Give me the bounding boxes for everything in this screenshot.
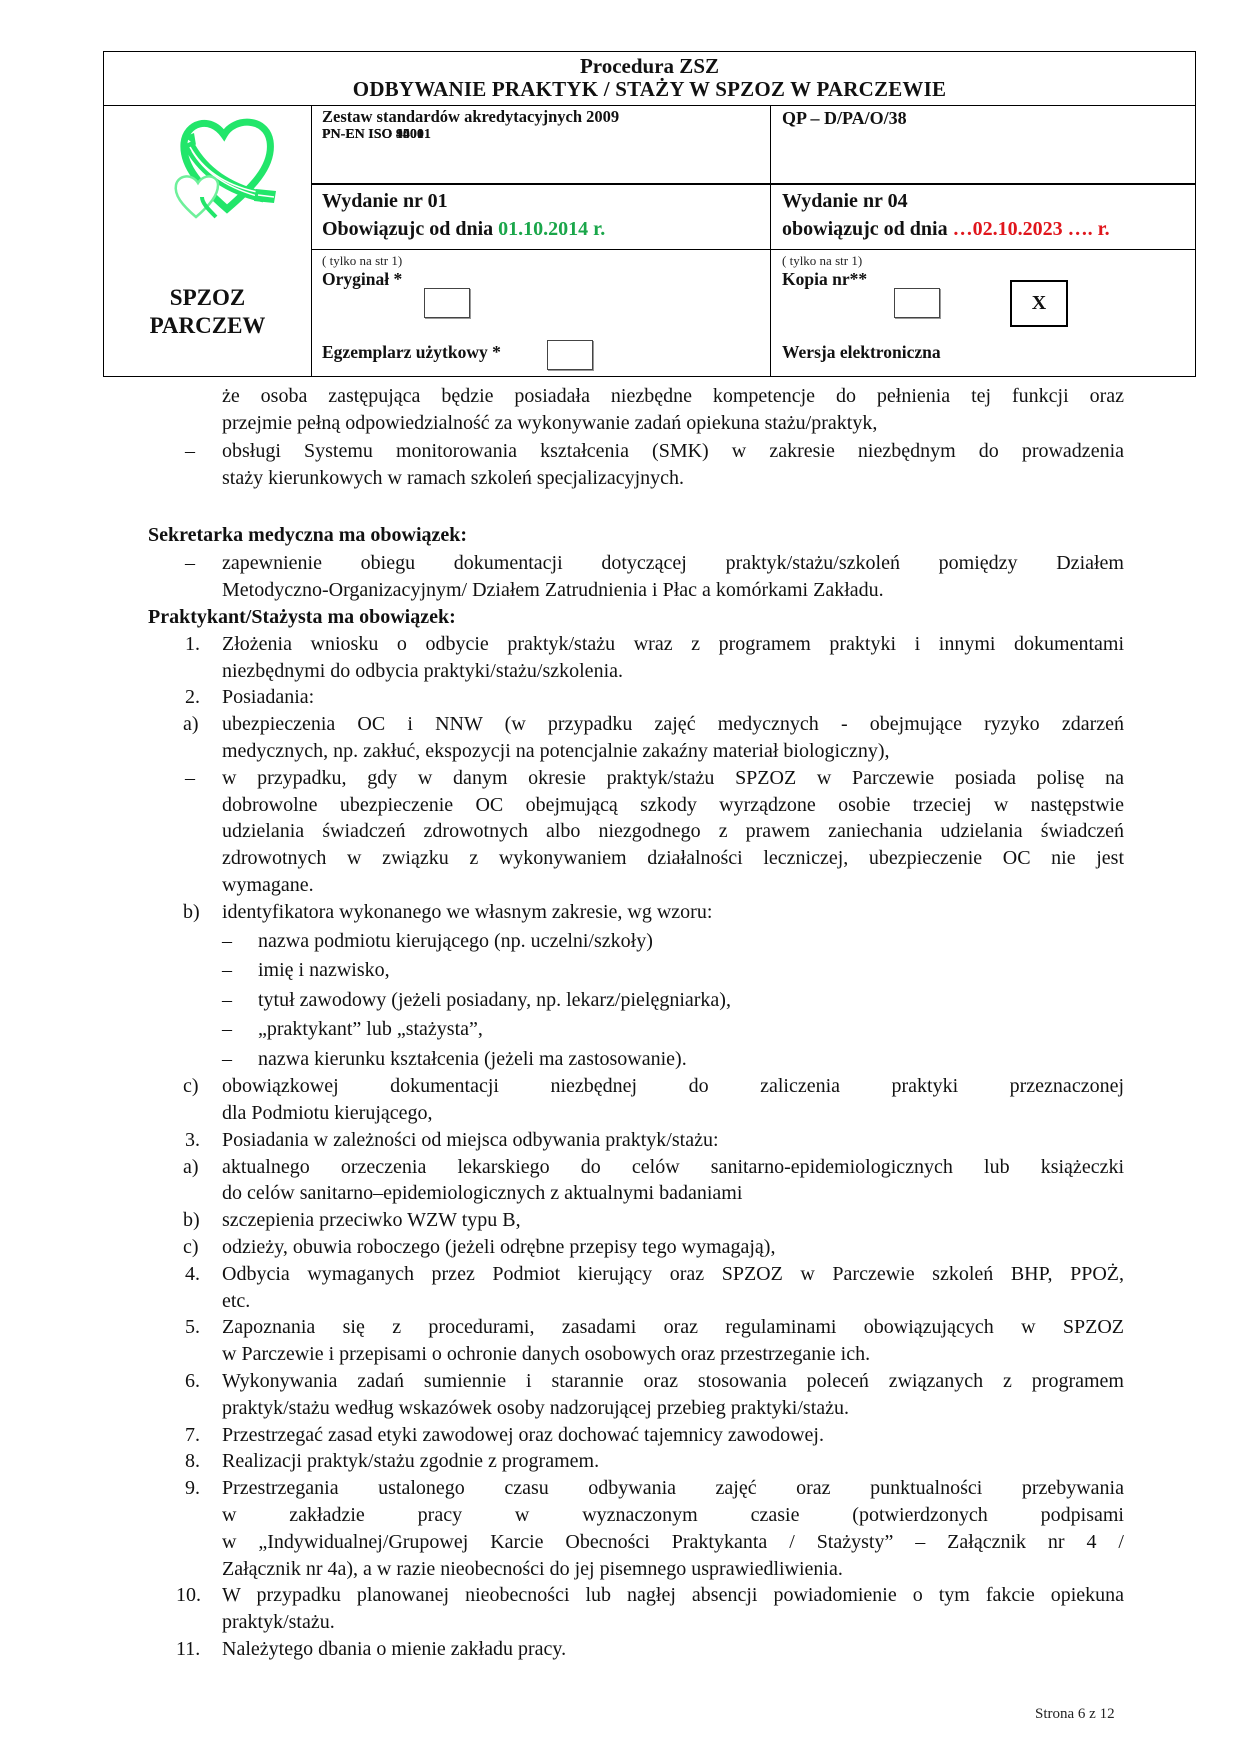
list-item-line: staży kierunkowych w ramach szkoleń spec… [222, 467, 684, 490]
original-label: Oryginał * [322, 268, 770, 290]
list-item-line: dobrowolne ubezpieczenie OC obejmującą s… [222, 794, 1124, 817]
list-marker: 7. [185, 1424, 200, 1447]
sub-list-item: tytuł zawodowy (jeżeli posiadany, np. le… [258, 989, 731, 1012]
dash-bullet: – [185, 440, 195, 463]
standards-cell: Zestaw standardów akredytacyjnych 2009 P… [311, 105, 771, 185]
list-marker: 3. [185, 1129, 200, 1152]
first-edition-label: Wydanie nr 01 [322, 185, 770, 214]
usage-copy-label: Egzemplarz użytkowy * [322, 341, 501, 363]
dash-bullet: – [222, 989, 232, 1012]
current-edition-date: …02.10.2023 …. r. [953, 218, 1110, 240]
copy-number-checkbox[interactable] [894, 288, 940, 318]
first-edition-validity: Obowiązujc od dnia 01.10.2014 r. [322, 214, 770, 244]
dash-bullet: – [185, 552, 195, 575]
organization-cell: SPZOZ PARCZEW [104, 105, 312, 376]
sub-list-item: „praktykant” lub „stażysta”, [258, 1018, 483, 1041]
list-marker: 5. [185, 1316, 200, 1339]
list-item-line: praktyk/stażu. [222, 1611, 335, 1634]
list-marker: 10. [176, 1584, 201, 1607]
list-marker: c) [183, 1075, 199, 1098]
list-item-line: Przestrzegać zasad etyki zawodowej oraz … [222, 1424, 824, 1447]
dash-bullet: – [222, 930, 232, 953]
paragraph-line: że osoba zastępująca będzie posiadała ni… [222, 385, 1124, 408]
list-item-line: obsługi Systemu monitorowania kształceni… [222, 440, 1124, 463]
organization-name: SPZOZ PARCZEW [104, 284, 311, 340]
copy-cell: ( tylko na str 1) Kopia nr** Wersja elek… [771, 250, 1195, 376]
original-checkbox[interactable] [424, 288, 470, 318]
current-edition-label: Wydanie nr 04 [782, 185, 1195, 214]
first-edition-date: 01.10.2014 r. [498, 218, 605, 240]
list-item-line: praktyk/stażu według wskazówek osoby nad… [222, 1397, 849, 1420]
copy-note: ( tylko na str 1) [782, 250, 1195, 268]
procedure-name: ODBYWANIE PRAKTYK / STAŻY W SPZOZ W PARC… [104, 77, 1195, 101]
org-line-2: PARCZEW [104, 312, 311, 340]
list-item-line: w zakładzie pracy w wyznaczonym czasie (… [222, 1504, 1124, 1527]
list-marker: 4. [185, 1263, 200, 1286]
list-marker: 2. [185, 686, 200, 709]
list-item-line: Metodyczno-Organizacyjnym/ Działem Zatru… [222, 579, 884, 602]
section-heading: Sekretarka medyczna ma obowiązek: [148, 524, 467, 547]
list-item-line: w „Indywidualnej/Grupowej Karcie Obecnoś… [222, 1531, 1124, 1554]
list-item-line: Załącznik nr 4a), a w razie nieobecności… [222, 1558, 843, 1581]
list-item-line: aktualnego orzeczenia lekarskiego do cel… [222, 1156, 1124, 1179]
list-item-line: Należytego dbania o mienie zakładu pracy… [222, 1638, 566, 1661]
list-item-line: medycznych, np. zakłuć, ekspozycji na po… [222, 740, 890, 763]
list-item-line: W przypadku planowanej nieobecności lub … [222, 1584, 1124, 1607]
procedure-type: Procedura ZSZ [104, 52, 1195, 77]
first-edition-cell: Wydanie nr 01 Obowiązujc od dnia 01.10.2… [311, 185, 771, 250]
iso-45001: PN-EN ISO 45001 [322, 126, 431, 144]
sub-list-item: nazwa podmiotu kierującego (np. uczelni/… [258, 930, 653, 953]
paragraph-line: przejmie pełną odpowiedzialność za wykon… [222, 412, 877, 435]
list-item-line: zdrowotnych w związku z wykonywaniem dzi… [222, 847, 1124, 870]
list-marker: a) [183, 1156, 199, 1179]
list-marker: 9. [185, 1477, 200, 1500]
list-item-line: Posiadania: [222, 686, 314, 709]
current-edition-cell: Wydanie nr 04 obowiązujc od dnia …02.10.… [771, 185, 1195, 250]
list-marker: 8. [185, 1450, 200, 1473]
list-item-line: dla Podmiotu kierującego, [222, 1102, 433, 1125]
list-marker: c) [183, 1236, 199, 1259]
dash-bullet: – [222, 959, 232, 982]
document-header-table: Procedura ZSZ ODBYWANIE PRAKTYK / STAŻY … [103, 51, 1196, 377]
original-note: ( tylko na str 1) [322, 250, 770, 268]
list-marker: 1. [185, 633, 200, 656]
usage-copy-checkbox[interactable] [547, 340, 593, 370]
validity-label: obowiązujc od dnia [782, 218, 953, 240]
list-item-line: w Parczewie i przepisami o ochronie dany… [222, 1343, 870, 1366]
list-marker: b) [183, 1209, 200, 1232]
section-heading: Praktykant/Stażysta ma obowiązek: [148, 606, 456, 629]
list-marker: – [185, 767, 195, 790]
list-marker: 11. [176, 1638, 200, 1661]
list-item-line: Zapoznania się z procedurami, zasadami o… [222, 1316, 1124, 1339]
copy-number-label: Kopia nr** [782, 268, 1195, 290]
list-item-line: ubezpieczenia OC i NNW (w przypadku zaję… [222, 713, 1124, 736]
validity-label: Obowiązujc od dnia [322, 218, 498, 240]
list-item-line: niezbędnymi do odbycia praktyki/stażu/sz… [222, 660, 623, 683]
list-item-line: Złożenia wniosku o odbycie praktyk/stażu… [222, 633, 1124, 656]
org-line-1: SPZOZ [104, 284, 311, 312]
dash-bullet: – [222, 1048, 232, 1071]
standards-set: Zestaw standardów akredytacyjnych 2009 [322, 105, 770, 126]
procedure-title: Procedura ZSZ ODBYWANIE PRAKTYK / STAŻY … [104, 52, 1195, 106]
list-item-line: zapewnienie obiegu dokumentacji dotycząc… [222, 552, 1124, 575]
list-item-line: szczepienia przeciwko WZW typu B, [222, 1209, 521, 1232]
list-item-line: Posiadania w zależności od miejsca odbyw… [222, 1129, 719, 1152]
original-cell: ( tylko na str 1) Oryginał * Egzemplarz … [311, 250, 771, 376]
document-code: QP – D/PA/O/38 [771, 105, 1195, 185]
sub-list-item: imię i nazwisko, [258, 959, 390, 982]
list-marker: 6. [185, 1370, 200, 1393]
dash-bullet: – [222, 1018, 232, 1041]
list-marker: b) [183, 901, 200, 924]
list-item-line: identyfikatora wykonanego we własnym zak… [222, 901, 712, 924]
list-item-line: do celów sanitarno–epidemiologicznych z … [222, 1182, 742, 1205]
list-item-line: wymagane. [222, 874, 314, 897]
list-marker: a) [183, 713, 199, 736]
list-item-line: Przestrzegania ustalonego czasu odbywani… [222, 1477, 1124, 1500]
current-edition-validity: obowiązujc od dnia …02.10.2023 …. r. [782, 214, 1195, 244]
hearts-logo-icon [172, 109, 282, 219]
list-item-line: obowiązkowej dokumentacji niezbędnej do … [222, 1075, 1124, 1098]
list-item-line: etc. [222, 1290, 250, 1313]
list-item-line: Realizacji praktyk/stażu zgodnie z progr… [222, 1450, 599, 1473]
list-item-line: Wykonywania zadań sumiennie i starannie … [222, 1370, 1124, 1393]
sub-list-item: nazwa kierunku kształcenia (jeżeli ma za… [258, 1048, 687, 1071]
list-item-line: w przypadku, gdy w danym okresie praktyk… [222, 767, 1124, 790]
list-item-line: udzielania świadczeń zdrowotnych albo ni… [222, 820, 1124, 843]
list-item-line: Odbycia wymaganych przez Podmiot kierują… [222, 1263, 1124, 1286]
electronic-version-label: Wersja elektroniczna [782, 341, 941, 363]
page-number: Strona 6 z 12 [1035, 1706, 1115, 1723]
electronic-version-checkbox[interactable]: X [1010, 280, 1068, 327]
list-item-line: odzieży, obuwia roboczego (jeżeli odrębn… [222, 1236, 775, 1259]
